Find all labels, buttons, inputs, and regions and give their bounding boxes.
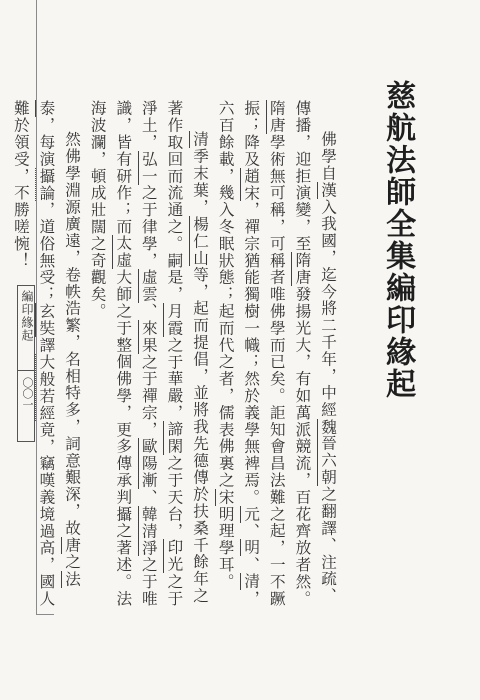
- text-run: 入我國，迄今將二千年，中經: [319, 199, 337, 419]
- text-run: 之于華嚴，: [165, 337, 183, 422]
- book-page: 編印緣起 〇〇一 慈航法師全集編印緣起 佛學自漢入我國，迄今將二千年，中經魏晉六…: [0, 0, 480, 700]
- text-run: 、: [140, 303, 158, 320]
- text-run: ，道俗無受；: [37, 201, 55, 302]
- proper-name-mark: 韓清淨: [138, 506, 158, 557]
- proper-name-mark: 漢: [317, 182, 337, 199]
- book-title-mark: 攝論: [35, 168, 55, 202]
- proper-name-mark: 隋: [291, 252, 311, 269]
- proper-name-mark: 明: [240, 539, 260, 556]
- proper-name-mark: 虛雲: [138, 269, 158, 303]
- proper-name-mark: 諦閑: [163, 421, 183, 455]
- proper-name-mark: 六朝: [317, 452, 337, 486]
- text-run: 譯: [37, 337, 55, 354]
- proper-name-mark: 晉: [317, 435, 337, 452]
- proper-name-mark: 來果: [138, 320, 158, 354]
- proper-name-mark: 歐陽漸: [138, 438, 158, 489]
- text-run: 佛學自: [319, 131, 337, 182]
- proper-name-mark: 玄奘: [35, 303, 55, 337]
- text-run: 、: [140, 489, 158, 506]
- text-run: 明理學耳。: [217, 506, 235, 591]
- proper-name-mark: 月霞: [163, 303, 183, 337]
- proper-name-mark: 太虛: [112, 235, 132, 269]
- proper-name-mark: 印光: [163, 539, 183, 573]
- text-run: 、: [242, 523, 260, 540]
- proper-name-mark: 趙宋: [240, 168, 260, 202]
- proper-name-mark: 宋: [215, 489, 235, 506]
- text-run: 之于禪宗，: [140, 354, 158, 439]
- proper-name-mark: 隋: [266, 100, 286, 117]
- page-title: 慈航法師全集編印緣起: [380, 80, 414, 400]
- proper-name-mark: 弘一: [138, 151, 158, 185]
- text-run: 然佛學淵源廣遠，卷帙浩繁，名相特多，詞意艱深，故: [63, 131, 81, 537]
- paragraph: 清季末葉，楊仁山等，起而提倡，並將我先德傳於扶桑千餘年之著作取回而流通之。嗣是，…: [84, 100, 212, 620]
- proper-name-mark: 清: [240, 573, 260, 590]
- book-title-mark: 大般若經: [35, 354, 55, 422]
- text-run: 之: [63, 554, 81, 571]
- proper-name-mark: 楊仁山: [189, 216, 209, 267]
- text-run: 發揚光大，有如萬派競流，百花齊放者然。: [293, 286, 311, 607]
- text-run: ，禪宗猶能獨樹一幟；然於義學無裨焉。: [242, 201, 260, 505]
- proper-name-mark: 清: [189, 131, 209, 148]
- paragraph: 佛學自漢入我國，迄今將二千年，中經魏晉六朝之翻譯、注疏、傳播，迎拒演變，至隋唐發…: [212, 100, 340, 620]
- proper-name-mark: 元: [240, 506, 260, 523]
- proper-name-mark: 唐: [61, 537, 81, 554]
- body-text: 佛學自漢入我國，迄今將二千年，中經魏晉六朝之翻譯、注疏、傳播，迎拒演變，至隋唐發…: [7, 100, 340, 620]
- text-run: 之于律學，: [140, 185, 158, 270]
- proper-name-mark: 唐: [266, 117, 286, 134]
- proper-name-mark: 唐: [291, 269, 311, 286]
- proper-name-mark: 魏: [317, 419, 337, 436]
- text-run: 季末葉，: [191, 148, 209, 216]
- paragraph: 然佛學淵源廣遠，卷帙浩繁，名相特多，詞意艱深，故唐之法泰，每演攝論，道俗無受；玄…: [7, 100, 84, 620]
- text-run: 之于天台，: [165, 455, 183, 540]
- text-run: ，每演: [37, 117, 55, 168]
- text-run: 、: [242, 556, 260, 573]
